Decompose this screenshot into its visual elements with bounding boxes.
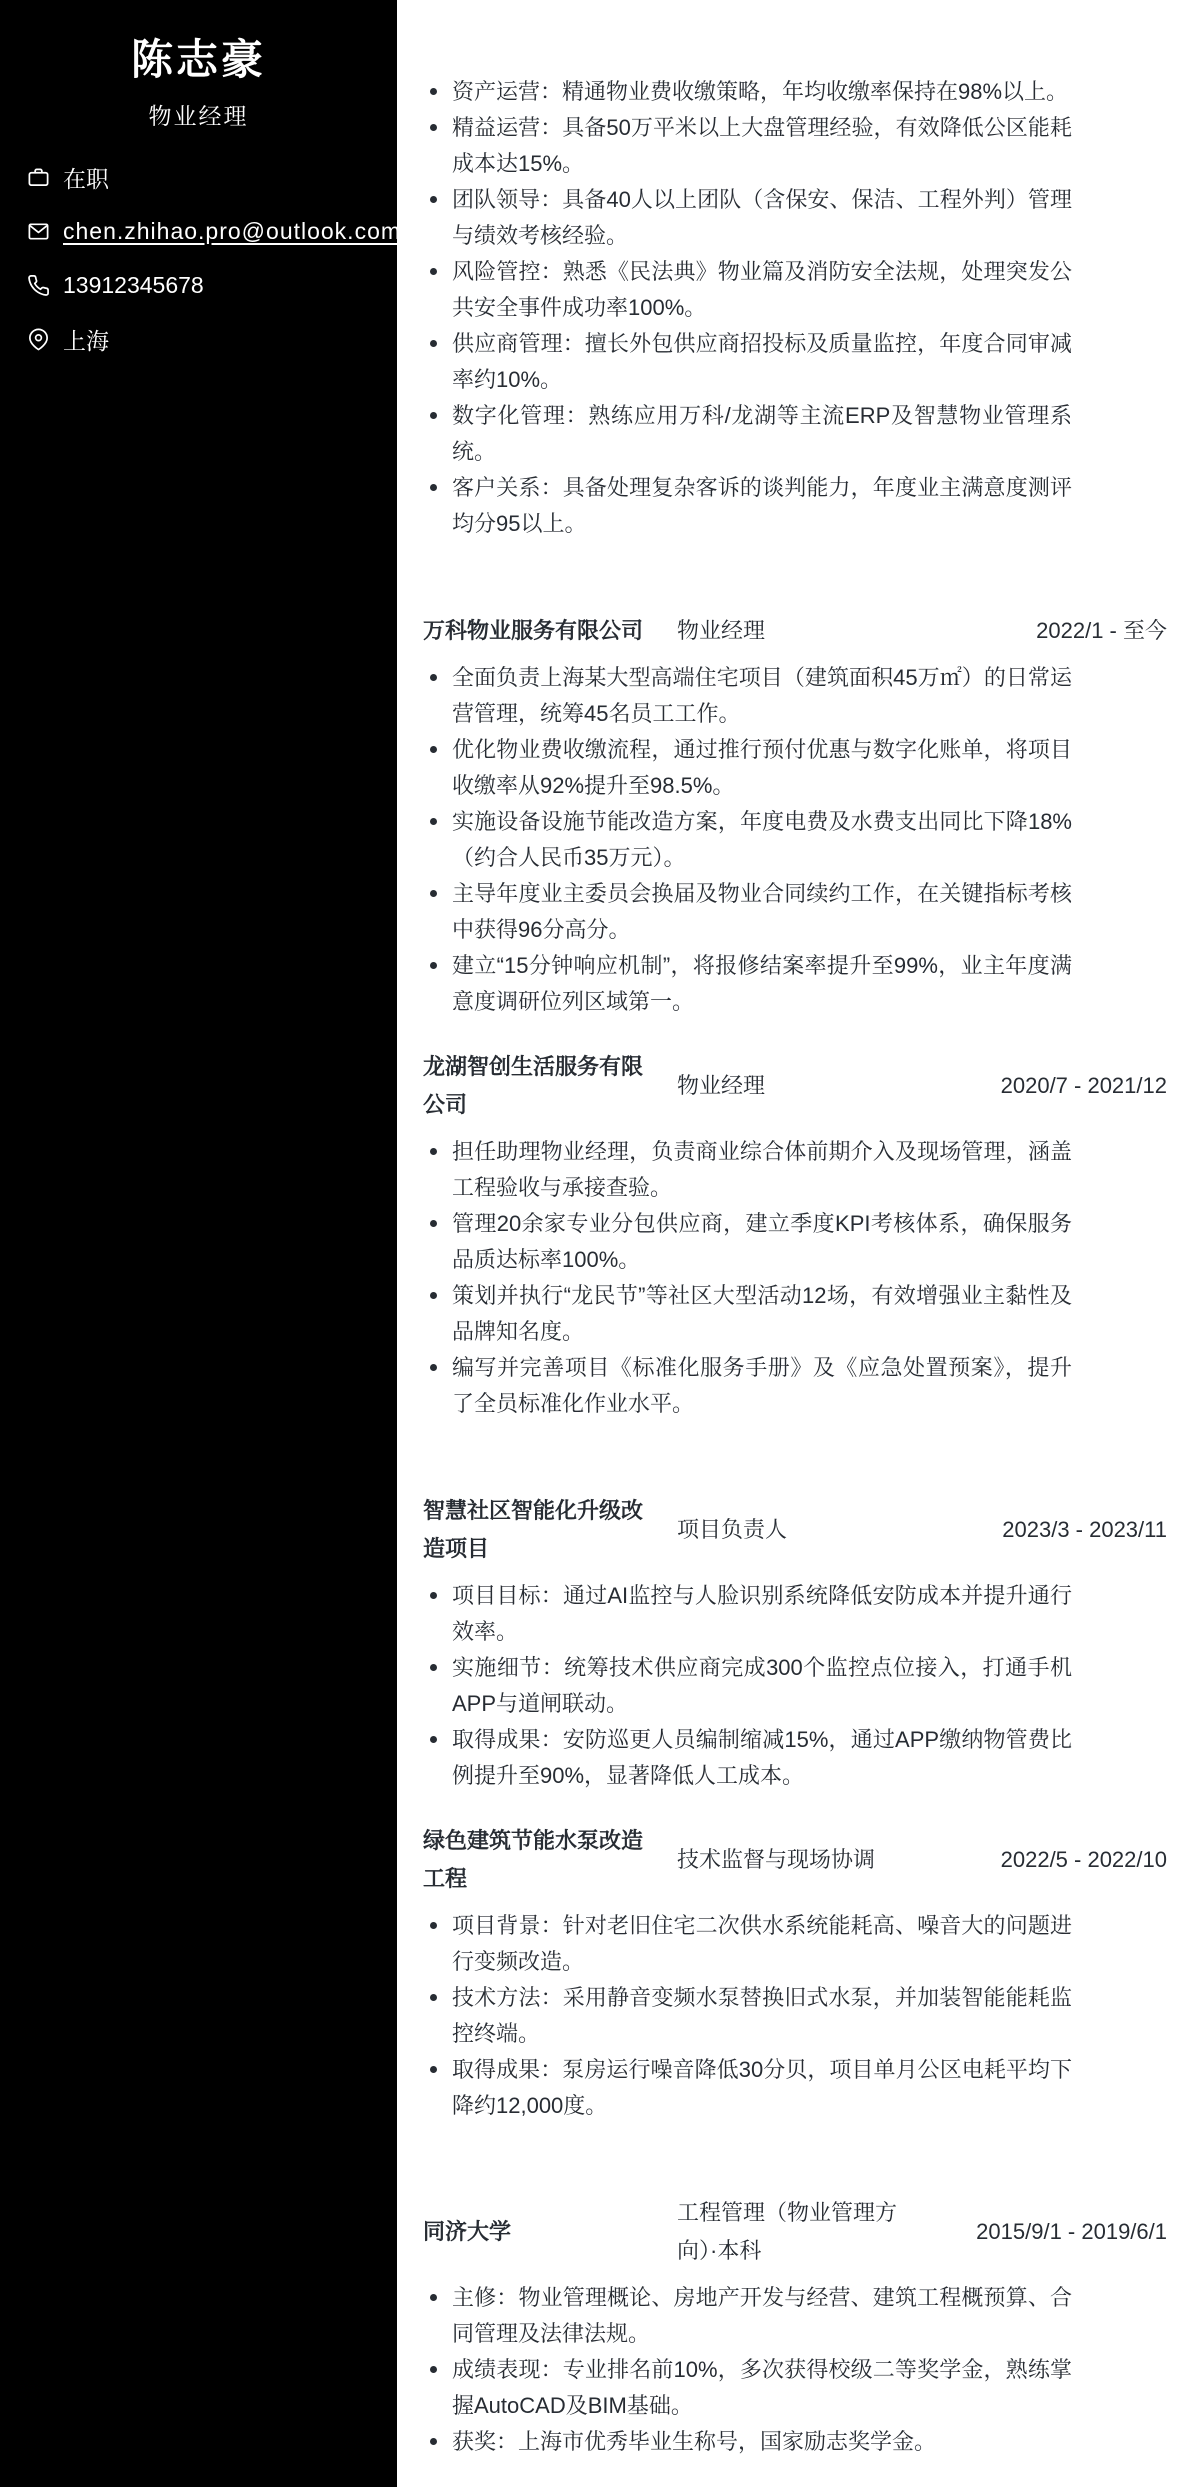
bullet-item: 建立“15分钟响应机制”，将报修结案率提升至99%，业主年度满意度调研位列区域第… (423, 948, 1072, 1020)
entry-header: 龙湖智创生活服务有限公司 物业经理 2020/7 - 2021/12 (423, 1048, 1167, 1124)
project-role: 技术监督与现场协调 (677, 1841, 907, 1879)
bullet-item: 取得成果：安防巡更人员编制缩减15%，通过APP缴纳物管费比例提升至90%，显著… (423, 1722, 1072, 1794)
project-name: 绿色建筑节能水泵改造工程 (423, 1822, 663, 1898)
education-entry: 同济大学 工程管理（物业管理方向）·本科 2015/9/1 - 2019/6/1… (423, 2194, 1167, 2460)
contact-email[interactable]: chen.zhihao.pro@outlook.com (27, 204, 397, 258)
bullet-item: 项目背景：针对老旧住宅二次供水系统能耗高、噪音大的问题进行变频改造。 (423, 1908, 1072, 1980)
education-bullets: 主修：物业管理概论、房地产开发与经营、建筑工程概预算、合同管理及法律法规。 成绩… (423, 2280, 1167, 2460)
entry-header: 万科物业服务有限公司 物业经理 2022/1 - 至今 (423, 612, 1167, 650)
bullet-item: 项目目标：通过AI监控与人脸识别系统降低安防成本并提升通行效率。 (423, 1578, 1072, 1650)
education-section: 同济大学 工程管理（物业管理方向）·本科 2015/9/1 - 2019/6/1… (423, 2194, 1167, 2460)
degree-name: 工程管理（物业管理方向）·本科 (677, 2194, 907, 2270)
summary-section: 资产运营：精通物业费收缴策略，年均收缴率保持在98%以上。 精益运营：具备50万… (423, 74, 1167, 542)
project-entry: 智慧社区智能化升级改造项目 项目负责人 2023/3 - 2023/11 项目目… (423, 1492, 1167, 1794)
bullet-item: 数字化管理：熟练应用万科/龙湖等主流ERP及智慧物业管理系统。 (423, 398, 1072, 470)
bullet-item: 全面负责上海某大型高端住宅项目（建筑面积45万㎡）的日常运营管理，统筹45名员工… (423, 660, 1072, 732)
bullet-item: 客户关系：具备处理复杂客诉的谈判能力，年度业主满意度测评均分95以上。 (423, 470, 1072, 542)
bullet-item: 技术方法：采用静音变频水泵替换旧式水泵，并加装智能能耗监控终端。 (423, 1980, 1072, 2052)
job-period: 2020/7 - 2021/12 (907, 1067, 1167, 1105)
phone-icon (27, 274, 50, 297)
projects-section: 智慧社区智能化升级改造项目 项目负责人 2023/3 - 2023/11 项目目… (423, 1492, 1167, 2124)
contact-status-label: 在职 (63, 161, 109, 194)
bullet-item: 实施设备设施节能改造方案，年度电费及水费支出同比下降18%（约合人民币35万元）… (423, 804, 1072, 876)
candidate-name: 陈志豪 (0, 34, 397, 86)
job-role: 物业经理 (677, 612, 907, 650)
bullet-item: 策划并执行“龙民节”等社区大型活动12场，有效增强业主黏性及品牌知名度。 (423, 1278, 1072, 1350)
bullet-item: 实施细节：统筹技术供应商完成300个监控点位接入，打通手机APP与道闸联动。 (423, 1650, 1072, 1722)
job-bullets: 担任助理物业经理，负责商业综合体前期介入及现场管理，涵盖工程验收与承接查验。 管… (423, 1134, 1167, 1422)
contact-email-label[interactable]: chen.zhihao.pro@outlook.com (63, 218, 397, 245)
sidebar: 陈志豪 物业经理 在职 chen.zhihao.pro@outlook.com … (0, 0, 397, 2487)
project-bullets: 项目目标：通过AI监控与人脸识别系统降低安防成本并提升通行效率。 实施细节：统筹… (423, 1578, 1167, 1794)
project-role: 项目负责人 (677, 1511, 907, 1549)
contact-location-label: 上海 (63, 323, 109, 356)
bullet-item: 成绩表现：专业排名前10%，多次获得校级二等奖学金，熟练掌握AutoCAD及BI… (423, 2352, 1072, 2424)
contact-phone: 13912345678 (27, 258, 397, 312)
bullet-item: 供应商管理：擅长外包供应商招投标及质量监控，年度合同审减率约10%。 (423, 326, 1072, 398)
experience-entry: 万科物业服务有限公司 物业经理 2022/1 - 至今 全面负责上海某大型高端住… (423, 612, 1167, 1020)
entry-header: 智慧社区智能化升级改造项目 项目负责人 2023/3 - 2023/11 (423, 1492, 1167, 1568)
job-period: 2022/1 - 至今 (907, 612, 1167, 650)
bullet-item: 主修：物业管理概论、房地产开发与经营、建筑工程概预算、合同管理及法律法规。 (423, 2280, 1072, 2352)
bullet-item: 风险管控：熟悉《民法典》物业篇及消防安全法规，处理突发公共安全事件成功率100%… (423, 254, 1072, 326)
bullet-item: 团队领导：具备40人以上团队（含保安、保洁、工程外判）管理与绩效考核经验。 (423, 182, 1072, 254)
entry-header: 绿色建筑节能水泵改造工程 技术监督与现场协调 2022/5 - 2022/10 (423, 1822, 1167, 1898)
candidate-title: 物业经理 (0, 100, 397, 132)
school-name: 同济大学 (423, 2213, 663, 2251)
briefcase-icon (27, 166, 50, 189)
summary-bullets: 资产运营：精通物业费收缴策略，年均收缴率保持在98%以上。 精益运营：具备50万… (423, 74, 1167, 542)
bullet-item: 主导年度业主委员会换届及物业合同续约工作，在关键指标考核中获得96分高分。 (423, 876, 1072, 948)
project-entry: 绿色建筑节能水泵改造工程 技术监督与现场协调 2022/5 - 2022/10 … (423, 1822, 1167, 2124)
bullet-item: 精益运营：具备50万平米以上大盘管理经验，有效降低公区能耗成本达15%。 (423, 110, 1072, 182)
job-role: 物业经理 (677, 1067, 907, 1105)
bullet-item: 编写并完善项目《标准化服务手册》及《应急处置预案》，提升了全员标准化作业水平。 (423, 1350, 1072, 1422)
contact-list: 在职 chen.zhihao.pro@outlook.com 139123456… (0, 150, 397, 366)
experience-section: 万科物业服务有限公司 物业经理 2022/1 - 至今 全面负责上海某大型高端住… (423, 612, 1167, 1422)
bullet-item: 资产运营：精通物业费收缴策略，年均收缴率保持在98%以上。 (423, 74, 1072, 110)
bullet-item: 优化物业费收缴流程，通过推行预付优惠与数字化账单，将项目收缴率从92%提升至98… (423, 732, 1072, 804)
resume-main: 资产运营：精通物业费收缴策略，年均收缴率保持在98%以上。 精益运营：具备50万… (397, 0, 1191, 2460)
experience-entry: 龙湖智创生活服务有限公司 物业经理 2020/7 - 2021/12 担任助理物… (423, 1048, 1167, 1422)
company-name: 龙湖智创生活服务有限公司 (423, 1048, 663, 1124)
bullet-item: 管理20余家专业分包供应商，建立季度KPI考核体系，确保服务品质达标率100%。 (423, 1206, 1072, 1278)
job-bullets: 全面负责上海某大型高端住宅项目（建筑面积45万㎡）的日常运营管理，统筹45名员工… (423, 660, 1167, 1020)
contact-status: 在职 (27, 150, 397, 204)
bullet-item: 取得成果：泵房运行噪音降低30分贝，项目单月公区电耗平均下降约12,000度。 (423, 2052, 1072, 2124)
bullet-item: 担任助理物业经理，负责商业综合体前期介入及现场管理，涵盖工程验收与承接查验。 (423, 1134, 1072, 1206)
education-period: 2015/9/1 - 2019/6/1 (907, 2213, 1167, 2251)
project-period: 2023/3 - 2023/11 (907, 1511, 1167, 1549)
company-name: 万科物业服务有限公司 (423, 612, 663, 650)
mail-icon (27, 220, 50, 243)
project-name: 智慧社区智能化升级改造项目 (423, 1492, 663, 1568)
project-bullets: 项目背景：针对老旧住宅二次供水系统能耗高、噪音大的问题进行变频改造。 技术方法：… (423, 1908, 1167, 2124)
location-icon (27, 328, 50, 351)
contact-location: 上海 (27, 312, 397, 366)
entry-header: 同济大学 工程管理（物业管理方向）·本科 2015/9/1 - 2019/6/1 (423, 2194, 1167, 2270)
project-period: 2022/5 - 2022/10 (907, 1841, 1167, 1879)
bullet-item: 获奖：上海市优秀毕业生称号，国家励志奖学金。 (423, 2424, 1072, 2460)
contact-phone-label: 13912345678 (63, 272, 204, 299)
